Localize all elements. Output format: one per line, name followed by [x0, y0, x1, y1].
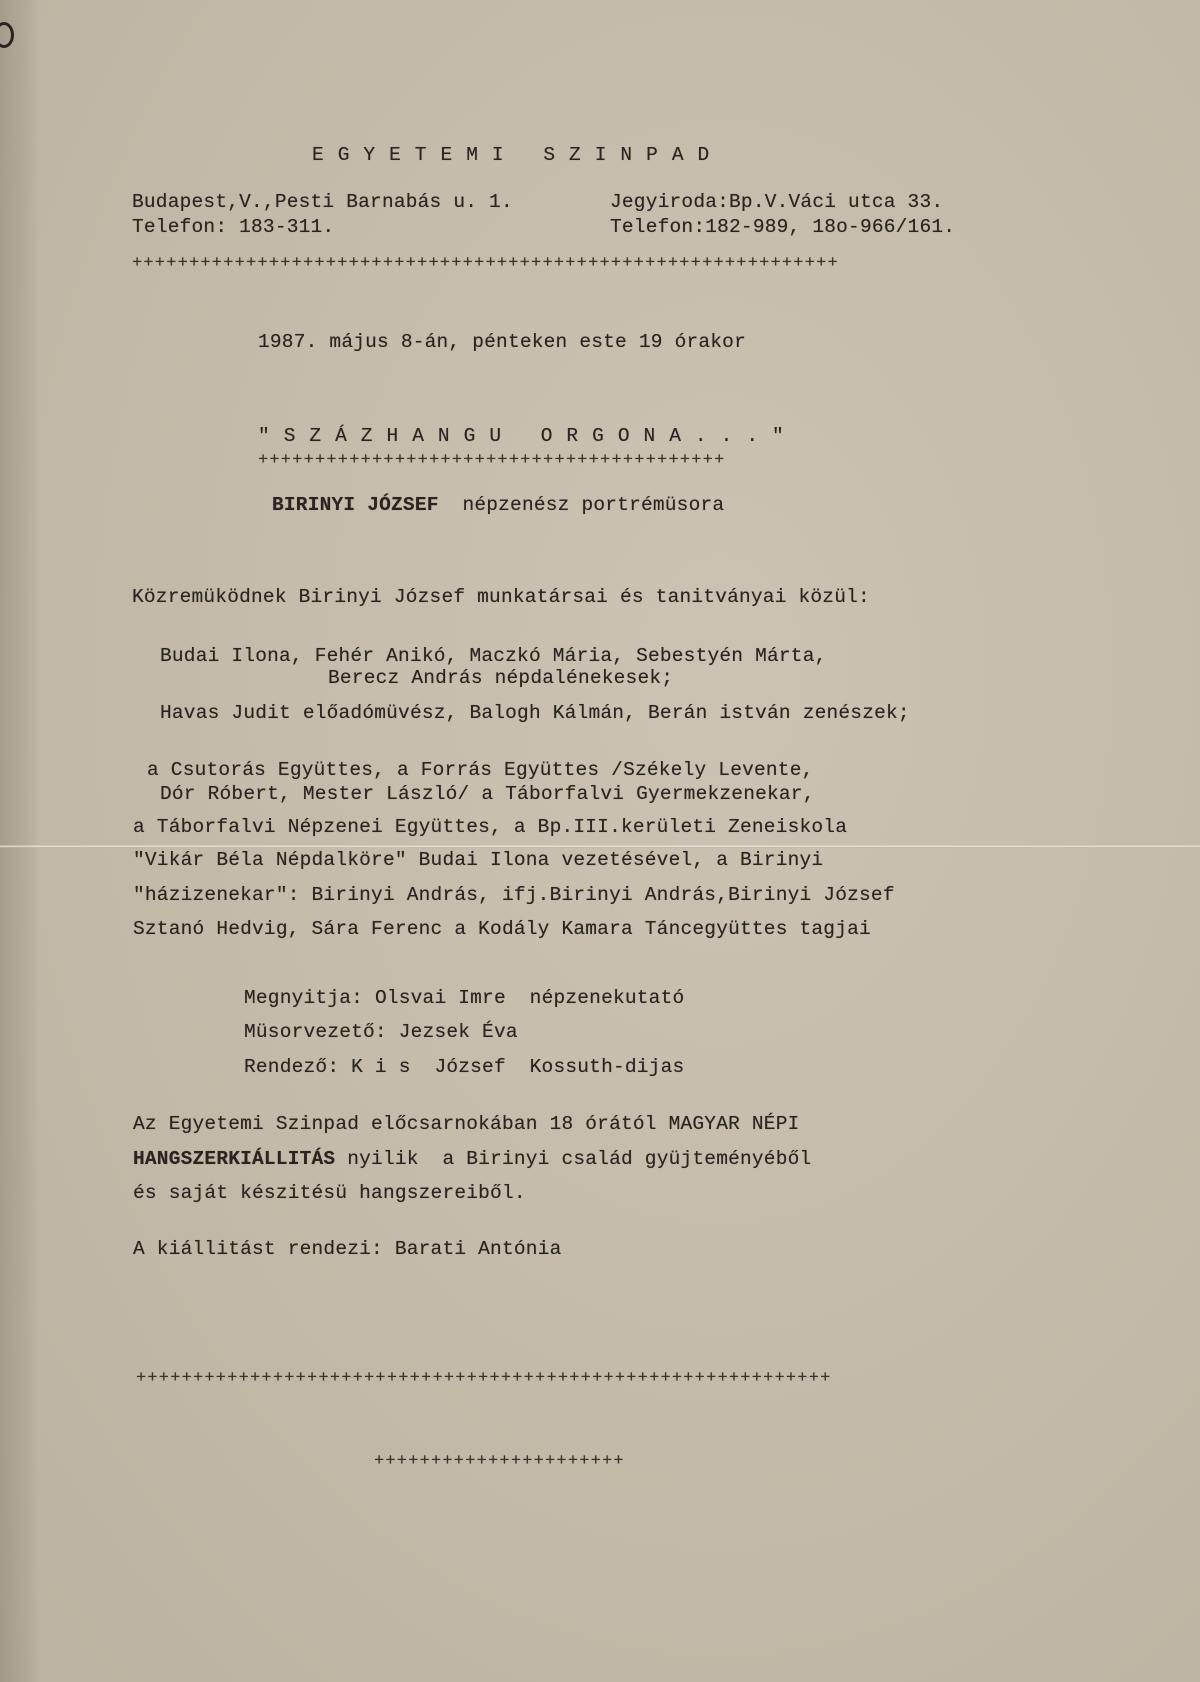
credit-role: Müsorvezető:	[244, 1021, 387, 1043]
exhibition-curator: A kiállitást rendezi: Barati Antónia	[133, 1237, 561, 1261]
exhibition-caps: HANGSZERKIÁLLITÁS	[133, 1148, 335, 1170]
credit-host: Müsorvezető: Jezsek Éva	[244, 1020, 518, 1044]
singers-line-2: Berecz András népdalénekesek;	[328, 666, 673, 690]
singers-line-1: Budai Ilona, Fehér Anikó, Maczkó Mária, …	[160, 644, 827, 668]
footer-divider-short: ++++++++++++++++++++++	[374, 1450, 625, 1474]
theatre-title: EGYETEMI SZINPAD	[312, 143, 723, 167]
credit-opening: Megnyitja: Olsvai Imre népzenekutató	[244, 986, 684, 1010]
groups-line: a Táborfalvi Népzenei Együttes, a Bp.III…	[133, 815, 847, 839]
credit-value: K i s József Kossuth-dijas	[351, 1056, 684, 1078]
credit-value: Jezsek Éva	[399, 1021, 518, 1043]
exhibition-line-1: Az Egyetemi Szinpad előcsarnokában 18 ór…	[133, 1112, 800, 1136]
event-title: "SZÁZHANGU ORGONA..."	[258, 424, 798, 448]
credit-role: Megnyitja:	[244, 987, 363, 1009]
address-right: Jegyiroda:Bp.V.Váci utca 33.	[610, 190, 943, 214]
performer-name: BIRINYI JÓZSEF	[272, 494, 439, 516]
groups-line: Sztanó Hedvig, Sára Ferenc a Kodály Kama…	[133, 917, 871, 941]
exhibition-line-2: HANGSZERKIÁLLITÁS nyilik a Birinyi csalá…	[133, 1147, 811, 1171]
groups-line: Dór Róbert, Mester László/ a Táborfalvi …	[160, 782, 815, 806]
groups-line: "Vikár Béla Népdalköre" Budai Ilona veze…	[133, 848, 823, 872]
address-left: Budapest,V.,Pesti Barnabás u. 1.	[132, 190, 513, 214]
groups-line: a Csutorás Együttes, a Forrás Együttes /…	[147, 758, 814, 782]
ink-mark	[0, 22, 14, 48]
phone-left: Telefon: 183-311.	[132, 215, 334, 239]
event-date: 1987. május 8-án, pénteken este 19 órako…	[258, 330, 746, 354]
credit-value: Olsvai Imre népzenekutató	[375, 987, 684, 1009]
credit-role: Rendező:	[244, 1056, 339, 1078]
title-underline: ++++++++++++++++++++++++++++++++++++++++…	[258, 449, 725, 473]
header-divider: ++++++++++++++++++++++++++++++++++++++++…	[132, 252, 839, 276]
subtitle-rest: népzenész portrémüsora	[462, 494, 724, 516]
groups-line: "házizenekar": Birinyi András, ifj.Birin…	[133, 883, 895, 907]
footer-divider-long: ++++++++++++++++++++++++++++++++++++++++…	[136, 1367, 832, 1391]
credit-director: Rendező: K i s József Kossuth-dijas	[244, 1055, 684, 1079]
typewritten-program-sheet: EGYETEMI SZINPAD Budapest,V.,Pesti Barna…	[0, 0, 1200, 1682]
exhibition-rest: nyilik a Birinyi család gyüjteményéből	[335, 1148, 811, 1170]
exhibition-line-3: és saját készitésü hangszereiből.	[133, 1181, 526, 1205]
participants-intro: Közremüködnek Birinyi József munkatársai…	[132, 585, 870, 609]
musicians-line: Havas Judit előadómüvész, Balogh Kálmán,…	[160, 701, 910, 725]
phone-right: Telefon:182-989, 18o-966/161.	[610, 215, 955, 239]
event-subtitle: BIRINYI JÓZSEF népzenész portrémüsora	[272, 493, 724, 517]
